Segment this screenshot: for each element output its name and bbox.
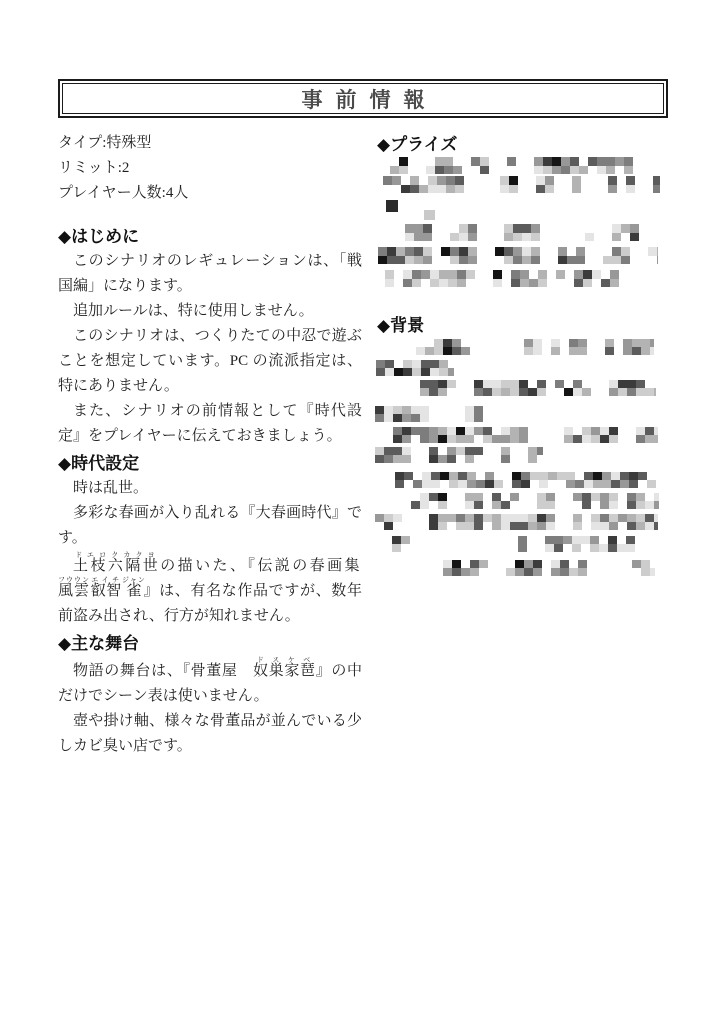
- mosaic-cell: [458, 472, 467, 480]
- mosaic-cell: [515, 568, 524, 576]
- mosaic-cell: [414, 247, 423, 256]
- mosaic-cell: [524, 347, 533, 355]
- mosaic-cell: [465, 501, 474, 509]
- mosaic-cell: [403, 360, 412, 368]
- mosaic-cell: [402, 414, 411, 422]
- mosaic-cell: [430, 368, 439, 376]
- mosaic-cell: [419, 185, 428, 194]
- mosaic-cell: [414, 233, 423, 242]
- mosaic-cell: [611, 480, 620, 488]
- mosaic-cell: [375, 414, 384, 422]
- mosaic-cell: [461, 568, 470, 576]
- mosaic-cell: [392, 536, 401, 544]
- mosaic-cell: [495, 247, 504, 256]
- mosaic-cell: [554, 544, 563, 552]
- mosaic-cell: [578, 560, 587, 568]
- mosaic-cell: [609, 522, 618, 530]
- mosaic-cell: [518, 536, 527, 544]
- mosaic-cell: [519, 522, 528, 530]
- paragraph: このシナリオは、つくりたての中忍で遊ぶことを想定しています。PC の流派指定は、…: [58, 324, 362, 399]
- mosaic-cell: [600, 522, 609, 530]
- mosaic-cell: [468, 247, 477, 256]
- title-box: 事前情報: [58, 79, 668, 118]
- mosaic-cell: [455, 176, 464, 185]
- mosaic-cell: [512, 472, 521, 480]
- mosaic-cell: [375, 455, 384, 463]
- mosaic-cell: [485, 480, 494, 488]
- mosaic-cell: [524, 568, 533, 576]
- text-run: また、シナリオの前情報として『時代設定』をプレイヤーに伝えておきましょう。: [58, 403, 362, 444]
- mosaic-cell: [551, 347, 560, 355]
- mosaic-cell: [574, 279, 583, 288]
- mosaic-cell: [449, 480, 458, 488]
- mosaic-cell: [501, 501, 510, 509]
- mosaic-cell: [483, 435, 492, 443]
- mosaic-cell: [399, 166, 408, 175]
- mosaic-cell: [600, 435, 609, 443]
- mosaic-cell: [387, 247, 396, 256]
- mosaic-cell: [603, 256, 612, 265]
- mosaic-cell: [641, 560, 650, 568]
- mosaic-cell: [582, 501, 591, 509]
- mosaic-cell: [621, 247, 630, 256]
- mosaic-cell: [582, 493, 591, 501]
- mosaic-cell: [390, 166, 399, 175]
- mosaic-cell: [533, 568, 542, 576]
- title-inner-border: 事前情報: [62, 83, 664, 114]
- mosaic-cell: [410, 176, 419, 185]
- mosaic-cell: [474, 414, 483, 422]
- mosaic-cell: [600, 514, 609, 522]
- mosaic-cell: [537, 447, 543, 455]
- mosaic-cell: [623, 347, 632, 355]
- mosaic-cell: [519, 435, 528, 443]
- redacted-text-row: [390, 157, 658, 174]
- mosaic-cell: [563, 536, 572, 544]
- mosaic-cell: [611, 472, 620, 480]
- mosaic-cell: [537, 388, 546, 396]
- mosaic-cell: [439, 368, 448, 376]
- mosaic-cell: [512, 480, 521, 488]
- mosaic-cell: [518, 544, 527, 552]
- paragraph: 時は乱世。: [58, 476, 362, 501]
- mosaic-cell: [573, 435, 582, 443]
- mosaic-cell: [468, 256, 477, 265]
- mosaic-cell: [399, 157, 408, 166]
- mosaic-cell: [465, 406, 474, 414]
- mosaic-cell: [504, 233, 513, 242]
- mosaic-cell: [383, 176, 392, 185]
- paragraph: 物語の舞台は、『骨董屋 奴巣家琶ドスケベ』の中だけでシーン表は使いません。: [58, 656, 362, 709]
- text-run: 壺や掛け軸、様々な骨董品が並んでいる少しカビ臭い店です。: [58, 713, 362, 754]
- mosaic-cell: [528, 514, 537, 522]
- text-run: の描いた、『伝説の春画集: [160, 558, 377, 574]
- mosaic-cell: [636, 493, 645, 501]
- mosaic-cell: [492, 493, 501, 501]
- mosaic-cell: [510, 380, 519, 388]
- redacted-text-row: [393, 427, 658, 443]
- mosaic-cell: [570, 157, 579, 166]
- mosaic-cell: [429, 388, 438, 396]
- mosaic-cell: [405, 256, 414, 265]
- mosaic-cell: [443, 560, 452, 568]
- mosaic-cell: [385, 368, 394, 376]
- mosaic-cell: [483, 388, 492, 396]
- mosaic-cell: [501, 427, 510, 435]
- mosaic-cell: [429, 514, 438, 522]
- mosaic-cell: [573, 493, 582, 501]
- mosaic-cell: [576, 256, 585, 265]
- mosaic-cell: [507, 157, 516, 166]
- mosaic-cell: [438, 380, 447, 388]
- mosaic-cell: [538, 279, 547, 288]
- ruby-annotated-name: 雀ジャン: [122, 583, 143, 599]
- mosaic-cell: [430, 270, 439, 279]
- mosaic-cell: [632, 560, 641, 568]
- text-run: 多彩な春画が入り乱れる『大春画時代』です。: [58, 505, 362, 546]
- mosaic-cell: [443, 339, 452, 347]
- redacted-text-row: [386, 200, 398, 212]
- mosaic-cell: [467, 480, 476, 488]
- mosaic-cell: [404, 472, 413, 480]
- mosaic-cell: [574, 270, 583, 279]
- mosaic-cell: [636, 380, 645, 388]
- mosaic-cell: [551, 568, 560, 576]
- mosaic-cell: [480, 166, 489, 175]
- mosaic-cell: [605, 339, 614, 347]
- mosaic-cell: [509, 185, 518, 194]
- mosaic-cell: [504, 247, 513, 256]
- mosaic-cell: [578, 568, 587, 576]
- mosaic-cell: [545, 176, 554, 185]
- mosaic-cell: [609, 388, 618, 396]
- mosaic-cell: [601, 279, 610, 288]
- mosaic-cell: [476, 480, 485, 488]
- mosaic-cell: [570, 166, 579, 175]
- mosaic-cell: [385, 279, 394, 288]
- mosaic-cell: [448, 368, 454, 376]
- mosaic-cell: [439, 279, 448, 288]
- mosaic-cell: [645, 501, 654, 509]
- mosaic-cell: [510, 435, 519, 443]
- mosaic-cell: [636, 522, 645, 530]
- mosaic-cell: [392, 544, 401, 552]
- mosaic-cell: [608, 544, 617, 552]
- mosaic-cell: [533, 560, 542, 568]
- mosaic-cell: [539, 480, 548, 488]
- mosaic-cell: [572, 544, 581, 552]
- mosaic-cell: [597, 166, 606, 175]
- mosaic-cell: [439, 270, 448, 279]
- mosaic-cell: [606, 157, 615, 166]
- mosaic-cell: [612, 233, 621, 242]
- mosaic-cell: [500, 176, 509, 185]
- mosaic-cell: [509, 176, 518, 185]
- mosaic-cell: [582, 435, 591, 443]
- mosaic-cell: [623, 339, 632, 347]
- mosaic-cell: [591, 514, 600, 522]
- mosaic-cell: [597, 157, 606, 166]
- mosaic-cell: [448, 270, 457, 279]
- mosaic-cell: [609, 493, 618, 501]
- redacted-text-row: [375, 406, 495, 422]
- ruby-annotated-name: 叡智エイチ: [90, 583, 122, 599]
- mosaic-cell: [429, 427, 438, 435]
- mosaic-cell: [627, 514, 636, 522]
- mosaic-cell: [459, 256, 468, 265]
- mosaic-cell: [426, 166, 435, 175]
- mosaic-cell: [452, 568, 461, 576]
- scenario-meta: タイプ:特殊型 リミット:2 プレイヤー人数:4人: [58, 131, 362, 206]
- mosaic-cell: [602, 472, 611, 480]
- mosaic-cell: [627, 388, 636, 396]
- mosaic-cell: [653, 176, 660, 185]
- mosaic-cell: [384, 406, 393, 414]
- mosaic-cell: [456, 435, 465, 443]
- mosaic-cell: [654, 522, 658, 530]
- mosaic-cell: [533, 347, 542, 355]
- mosaic-cell: [474, 501, 483, 509]
- mosaic-cell: [632, 347, 641, 355]
- mosaic-cell: [455, 185, 464, 194]
- mosaic-cell: [450, 256, 459, 265]
- mosaic-cell: [375, 447, 384, 455]
- mosaic-cell: [641, 568, 650, 576]
- mosaic-cell: [583, 279, 592, 288]
- mosaic-cell: [551, 560, 560, 568]
- mosaic-cell: [591, 435, 600, 443]
- mosaic-cell: [609, 514, 618, 522]
- mosaic-cell: [561, 166, 570, 175]
- mosaic-cell: [474, 522, 483, 530]
- mosaic-cell: [420, 493, 429, 501]
- mosaic-cell: [465, 455, 474, 463]
- mosaic-cell: [572, 176, 581, 185]
- mosaic-cell: [561, 157, 570, 166]
- mosaic-cell: [449, 472, 458, 480]
- mosaic-cell: [457, 270, 466, 279]
- mosaic-cell: [504, 224, 513, 233]
- mosaic-cell: [441, 247, 450, 256]
- mosaic-cell: [620, 472, 629, 480]
- mosaic-cell: [492, 380, 501, 388]
- mosaic-cell: [588, 157, 597, 166]
- mosaic-cell: [483, 514, 492, 522]
- redacted-text-row: [376, 360, 454, 376]
- mosaic-cell: [438, 435, 447, 443]
- mosaic-cell: [405, 233, 414, 242]
- mosaic-cell: [420, 435, 429, 443]
- mosaic-cell: [609, 427, 618, 435]
- mosaic-cell: [584, 480, 593, 488]
- mosaic-cell: [546, 493, 555, 501]
- mosaic-cell: [384, 514, 393, 522]
- mosaic-cell: [636, 501, 645, 509]
- mosaic-cell: [592, 270, 601, 279]
- mosaic-cell: [590, 536, 599, 544]
- mosaic-cell: [506, 568, 515, 576]
- redacted-text-row: [375, 514, 658, 530]
- mosaic-cell: [474, 493, 483, 501]
- mosaic-cell: [654, 388, 656, 396]
- mosaic-cell: [474, 406, 483, 414]
- mosaic-cell: [638, 472, 647, 480]
- mosaic-cell: [573, 522, 582, 530]
- mosaic-cell: [560, 568, 569, 576]
- mosaic-cell: [428, 185, 437, 194]
- mosaic-cell: [654, 514, 658, 522]
- mosaic-cell: [572, 185, 581, 194]
- furigana: フウウン: [58, 576, 90, 584]
- mosaic-cell: [465, 447, 474, 455]
- mosaic-cell: [429, 447, 438, 455]
- mosaic-cell: [654, 501, 659, 509]
- redacted-text-row: [385, 270, 647, 287]
- mosaic-cell: [422, 480, 431, 488]
- mosaic-cell: [511, 270, 520, 279]
- mosaic-cell: [539, 472, 548, 480]
- mosaic-cell: [645, 427, 654, 435]
- mosaic-cell: [557, 472, 566, 480]
- mosaic-cell: [578, 339, 587, 347]
- paragraph: 追加ルールは、特に使用しません。: [58, 299, 362, 324]
- mosaic-cell: [420, 406, 429, 414]
- mosaic-cell: [617, 544, 626, 552]
- mosaic-cell: [521, 480, 530, 488]
- mosaic-cell: [459, 247, 468, 256]
- mosaic-cell: [610, 270, 619, 279]
- mosaic-cell: [452, 347, 461, 355]
- redacted-text-row: [383, 536, 646, 552]
- mosaic-cell: [501, 455, 510, 463]
- mosaic-cell: [626, 536, 635, 544]
- mosaic-cell: [393, 406, 402, 414]
- mosaic-cell: [474, 427, 483, 435]
- mosaic-cell: [403, 368, 412, 376]
- mosaic-cell: [501, 514, 510, 522]
- text-run: このシナリオは、つくりたての中忍で遊ぶことを想定しています。PC の流派指定は、…: [58, 328, 362, 394]
- mosaic-cell: [437, 185, 446, 194]
- mosaic-cell: [456, 427, 465, 435]
- mosaic-cell: [420, 388, 429, 396]
- mosaic-cell: [605, 347, 614, 355]
- mosaic-cell: [558, 247, 567, 256]
- mosaic-cell: [538, 270, 547, 279]
- text-run: 時は乱世。: [73, 480, 148, 496]
- mosaic-cell: [401, 536, 410, 544]
- mosaic-cell: [411, 427, 420, 435]
- mosaic-cell: [420, 501, 429, 509]
- section-heading: ◆プライズ: [377, 133, 457, 157]
- mosaic-cell: [612, 256, 621, 265]
- mosaic-cell: [612, 247, 621, 256]
- mosaic-cell: [551, 339, 560, 347]
- mosaic-cell: [537, 493, 546, 501]
- mosaic-cell: [412, 279, 421, 288]
- mosaic-cell: [521, 472, 530, 480]
- mosaic-cell: [606, 166, 615, 175]
- mosaic-cell: [493, 270, 502, 279]
- mosaic-cell: [443, 568, 452, 576]
- mosaic-cell: [410, 185, 419, 194]
- mosaic-cell: [375, 514, 384, 522]
- mosaic-cell: [645, 522, 654, 530]
- mosaic-cell: [440, 472, 449, 480]
- mosaic-cell: [575, 480, 584, 488]
- mosaic-cell: [402, 435, 411, 443]
- mosaic-cell: [393, 447, 402, 455]
- redacted-text-row: [407, 560, 655, 576]
- mosaic-cell: [501, 522, 510, 530]
- mosaic-cell: [471, 157, 480, 166]
- mosaic-cell: [513, 247, 522, 256]
- mosaic-cell: [423, 247, 432, 256]
- mosaic-cell: [510, 522, 519, 530]
- mosaic-cell: [393, 514, 402, 522]
- mosaic-cell: [513, 224, 522, 233]
- mosaic-cell: [524, 560, 533, 568]
- mosaic-cell: [534, 166, 543, 175]
- meta-players: プレイヤー人数:4人: [58, 181, 362, 206]
- redacted-text-row: [393, 380, 656, 396]
- mosaic-cell: [453, 166, 462, 175]
- mosaic-cell: [627, 493, 636, 501]
- mosaic-cell: [422, 472, 431, 480]
- mosaic-cell: [533, 339, 542, 347]
- mosaic-cell: [558, 256, 567, 265]
- mosaic-cell: [576, 247, 585, 256]
- mosaic-cell: [620, 480, 629, 488]
- mosaic-cell: [566, 472, 575, 480]
- mosaic-cell: [626, 176, 635, 185]
- paragraph: 多彩な春画が入り乱れる『大春画時代』です。: [58, 501, 362, 551]
- mosaic-cell: [546, 514, 555, 522]
- mosaic-cell: [654, 435, 658, 443]
- redacted-text-row: [393, 493, 659, 509]
- mosaic-cell: [450, 233, 459, 242]
- mosaic-cell: [465, 493, 474, 501]
- mosaic-cell: [429, 435, 438, 443]
- mosaic-cell: [425, 347, 434, 355]
- mosaic-cell: [474, 380, 483, 388]
- mosaic-cell: [465, 514, 474, 522]
- mosaic-cell: [429, 455, 438, 463]
- mosaic-cell: [447, 380, 456, 388]
- mosaic-cell: [459, 224, 468, 233]
- mosaic-cell: [494, 480, 503, 488]
- mosaic-cell: [537, 501, 546, 509]
- mosaic-cell: [384, 414, 393, 422]
- mosaic-cell: [439, 360, 448, 368]
- mosaic-cell: [584, 472, 593, 480]
- mosaic-cell: [396, 256, 405, 265]
- mosaic-cell: [452, 339, 461, 347]
- mosaic-cell: [621, 224, 630, 233]
- redacted-text-row: [405, 224, 653, 241]
- mosaic-cell: [590, 544, 599, 552]
- paragraph: 土枝六隔世ドエロクカクヨの描いた、『伝説の春画集 風雲フウウン叡智エイチ雀ジャン…: [58, 551, 362, 629]
- mosaic-cell: [500, 185, 509, 194]
- mosaic-cell: [423, 233, 432, 242]
- mosaic-cell: [529, 279, 538, 288]
- mosaic-cell: [545, 185, 554, 194]
- mosaic-cell: [654, 493, 659, 501]
- mosaic-cell: [657, 256, 658, 265]
- mosaic-cell: [492, 388, 501, 396]
- mosaic-cell: [593, 472, 602, 480]
- mosaic-cell: [485, 472, 494, 480]
- mosaic-cell: [624, 166, 633, 175]
